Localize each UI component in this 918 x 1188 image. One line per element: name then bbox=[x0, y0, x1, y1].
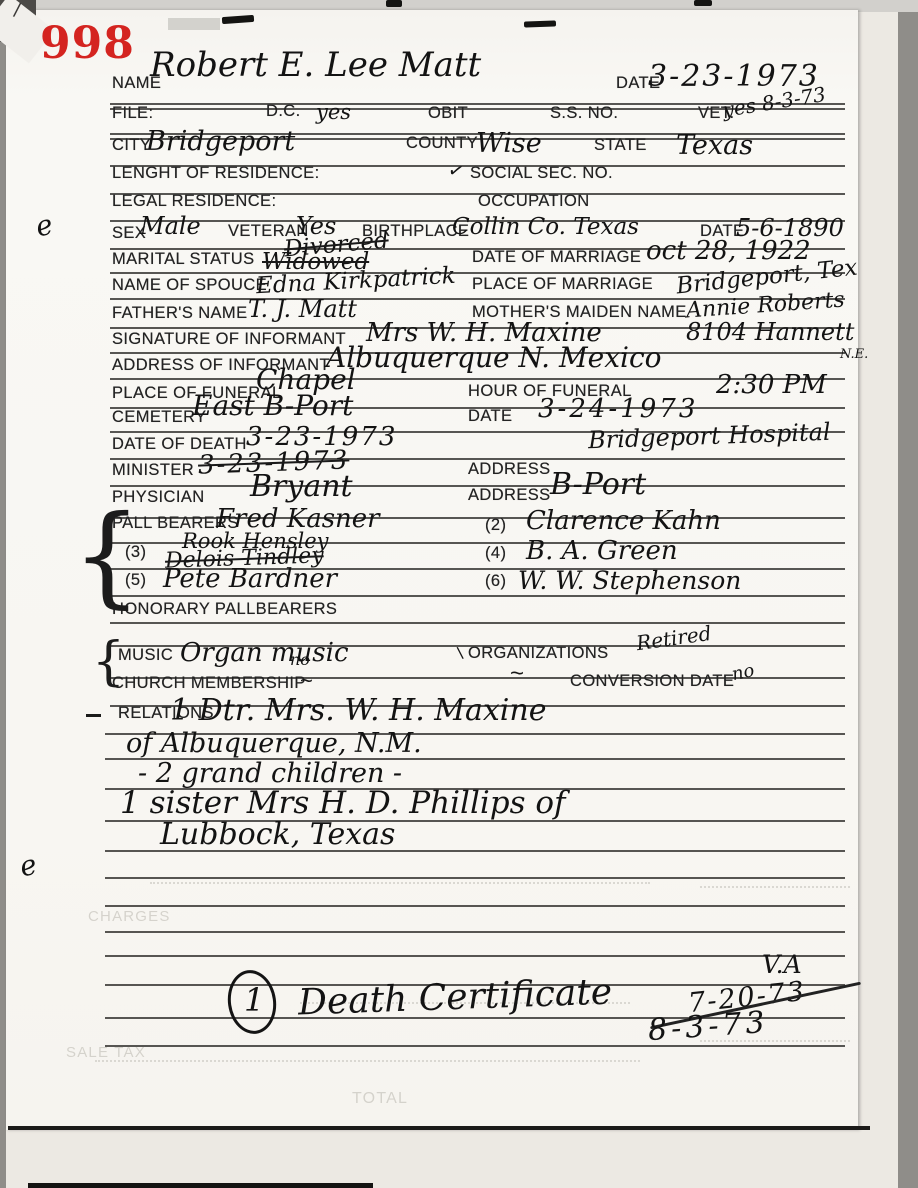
rule-line bbox=[105, 955, 845, 957]
funeral-hour-value: 2:30 PM bbox=[716, 372, 827, 398]
pallbearer-6-value: W. W. Stephenson bbox=[518, 568, 741, 593]
file-label: FILE: bbox=[112, 104, 153, 123]
physician-address-value: B-Port bbox=[550, 470, 646, 500]
dc-value: yes bbox=[316, 102, 351, 123]
footer-date-final: 8-3-73 bbox=[647, 1008, 769, 1046]
ghost-dotted-leader bbox=[700, 886, 850, 888]
next-page-edge bbox=[28, 1183, 373, 1188]
physician-value: Bryant bbox=[250, 472, 353, 502]
birthplace-value: Collin Co. Texas bbox=[452, 216, 639, 239]
pallbearer-2-value: Clarence Kahn bbox=[526, 508, 721, 534]
organizations-label: ORGANIZATIONS bbox=[468, 644, 609, 663]
pallbearer-5-value: Pete Bardner bbox=[163, 566, 337, 592]
pallbearer-2-number: (2) bbox=[485, 516, 506, 535]
informant-address-value: Albuquerque N. Mexico bbox=[326, 344, 662, 372]
ghost-dotted-leader bbox=[150, 882, 650, 884]
ghost-sale-tax-label: SALE TAX bbox=[66, 1044, 146, 1061]
pallbearer-6-number: (6) bbox=[485, 572, 506, 591]
social-sec-label: SOCIAL SEC. NO. bbox=[470, 164, 613, 183]
marital-status-label: MARITAL STATUS bbox=[112, 250, 255, 269]
church-membership-value: no bbox=[290, 652, 310, 668]
relations-dash-mark bbox=[86, 714, 101, 717]
funeral-date-label: DATE bbox=[468, 407, 512, 426]
church-membership-label: CHURCH MEMBERSHIP bbox=[112, 674, 306, 693]
occupation-label: OCCUPATION bbox=[478, 192, 590, 211]
relations-line4: 1 sister Mrs H. D. Phillips of bbox=[120, 788, 566, 819]
rule-line bbox=[105, 1045, 845, 1047]
funeral-date-value: 3-24-1973 bbox=[538, 396, 698, 422]
length-residence-label: LENGHT OF RESIDENCE: bbox=[112, 164, 320, 183]
relations-line5: Lubbock, Texas bbox=[160, 820, 395, 850]
rule-line bbox=[105, 905, 845, 907]
conversion-date-value: no bbox=[730, 662, 756, 684]
music-value: Organ music bbox=[180, 640, 349, 666]
top-edge-mark-2 bbox=[694, 0, 712, 6]
name-value: Robert E. Lee Matt bbox=[150, 48, 481, 82]
relations-line3: - 2 grand children - bbox=[138, 760, 402, 787]
relations-line1: 1 Dtr. Mrs. W. H. Maxine bbox=[170, 696, 546, 726]
ssno-label: S.S. NO. bbox=[550, 104, 618, 123]
cemetery-value: East B-Port bbox=[192, 392, 353, 420]
ghost-total-label: TOTAL bbox=[352, 1090, 408, 1108]
ghost-dotted-leader bbox=[95, 1060, 640, 1062]
tape-shadow bbox=[168, 18, 220, 30]
dc-label: D.C. bbox=[266, 102, 301, 121]
marriage-date-label: DATE OF MARRIAGE bbox=[472, 248, 641, 267]
father-value: T. J. Matt bbox=[248, 297, 357, 321]
marriage-date-value: oct 28, 1922 bbox=[646, 238, 811, 264]
state-label: STATE bbox=[594, 136, 647, 155]
county-value: Wise bbox=[476, 130, 542, 157]
page-number-stamp: 998 bbox=[40, 18, 135, 69]
music-label: MUSIC bbox=[118, 646, 173, 665]
conversion-date-label: CONVERSION DATE bbox=[570, 672, 734, 691]
church-tilde-mark: ~ bbox=[300, 668, 313, 694]
physician-address-label: ADDRESS bbox=[468, 486, 551, 505]
va-annotation: V.A bbox=[762, 952, 802, 977]
minister-address-label: ADDRESS bbox=[468, 460, 551, 479]
rule-line bbox=[110, 622, 845, 624]
sex-value: Male bbox=[140, 214, 201, 238]
pallbearer-4-number: (4) bbox=[485, 544, 506, 563]
minister-label: MINISTER bbox=[112, 461, 194, 480]
county-label: COUNTY bbox=[406, 134, 478, 153]
honorary-pallbearers-label: HONORARY PALLBEARERS bbox=[112, 600, 337, 619]
informant-signature-label: SIGNATURE OF INFORMANT bbox=[112, 330, 346, 349]
pallbearer-4-value: B. A. Green bbox=[526, 538, 678, 564]
top-edge-mark-1 bbox=[386, 0, 402, 7]
spouse-label: NAME OF SPOUCE bbox=[112, 276, 267, 295]
circled-number-value: 1 bbox=[244, 984, 264, 1016]
rule-line bbox=[105, 931, 845, 933]
organizations-tilde-mark: ~ bbox=[510, 660, 524, 688]
state-value: Texas bbox=[676, 132, 753, 159]
staple-mark-right bbox=[524, 20, 556, 27]
marriage-place-label: PLACE OF MARRIAGE bbox=[472, 275, 653, 294]
city-value: Bridgeport bbox=[146, 128, 295, 155]
rule-line bbox=[105, 877, 845, 879]
bottom-border-line bbox=[8, 1126, 870, 1130]
music-brace: { bbox=[92, 636, 125, 688]
informant-street-suffix: N.E. bbox=[840, 348, 868, 361]
rule-line bbox=[110, 595, 845, 597]
father-label: FATHER'S NAME bbox=[112, 304, 247, 323]
pallbearers-brace: { bbox=[72, 500, 142, 610]
obit-label: OBIT bbox=[428, 104, 468, 123]
relations-line2: of Albuquerque, N.M. bbox=[126, 730, 422, 757]
legal-residence-label: LEGAL RESIDENCE: bbox=[112, 192, 276, 211]
informant-street-value: 8104 Hannett bbox=[686, 320, 854, 344]
ghost-charges-label: CHARGES bbox=[88, 908, 171, 925]
